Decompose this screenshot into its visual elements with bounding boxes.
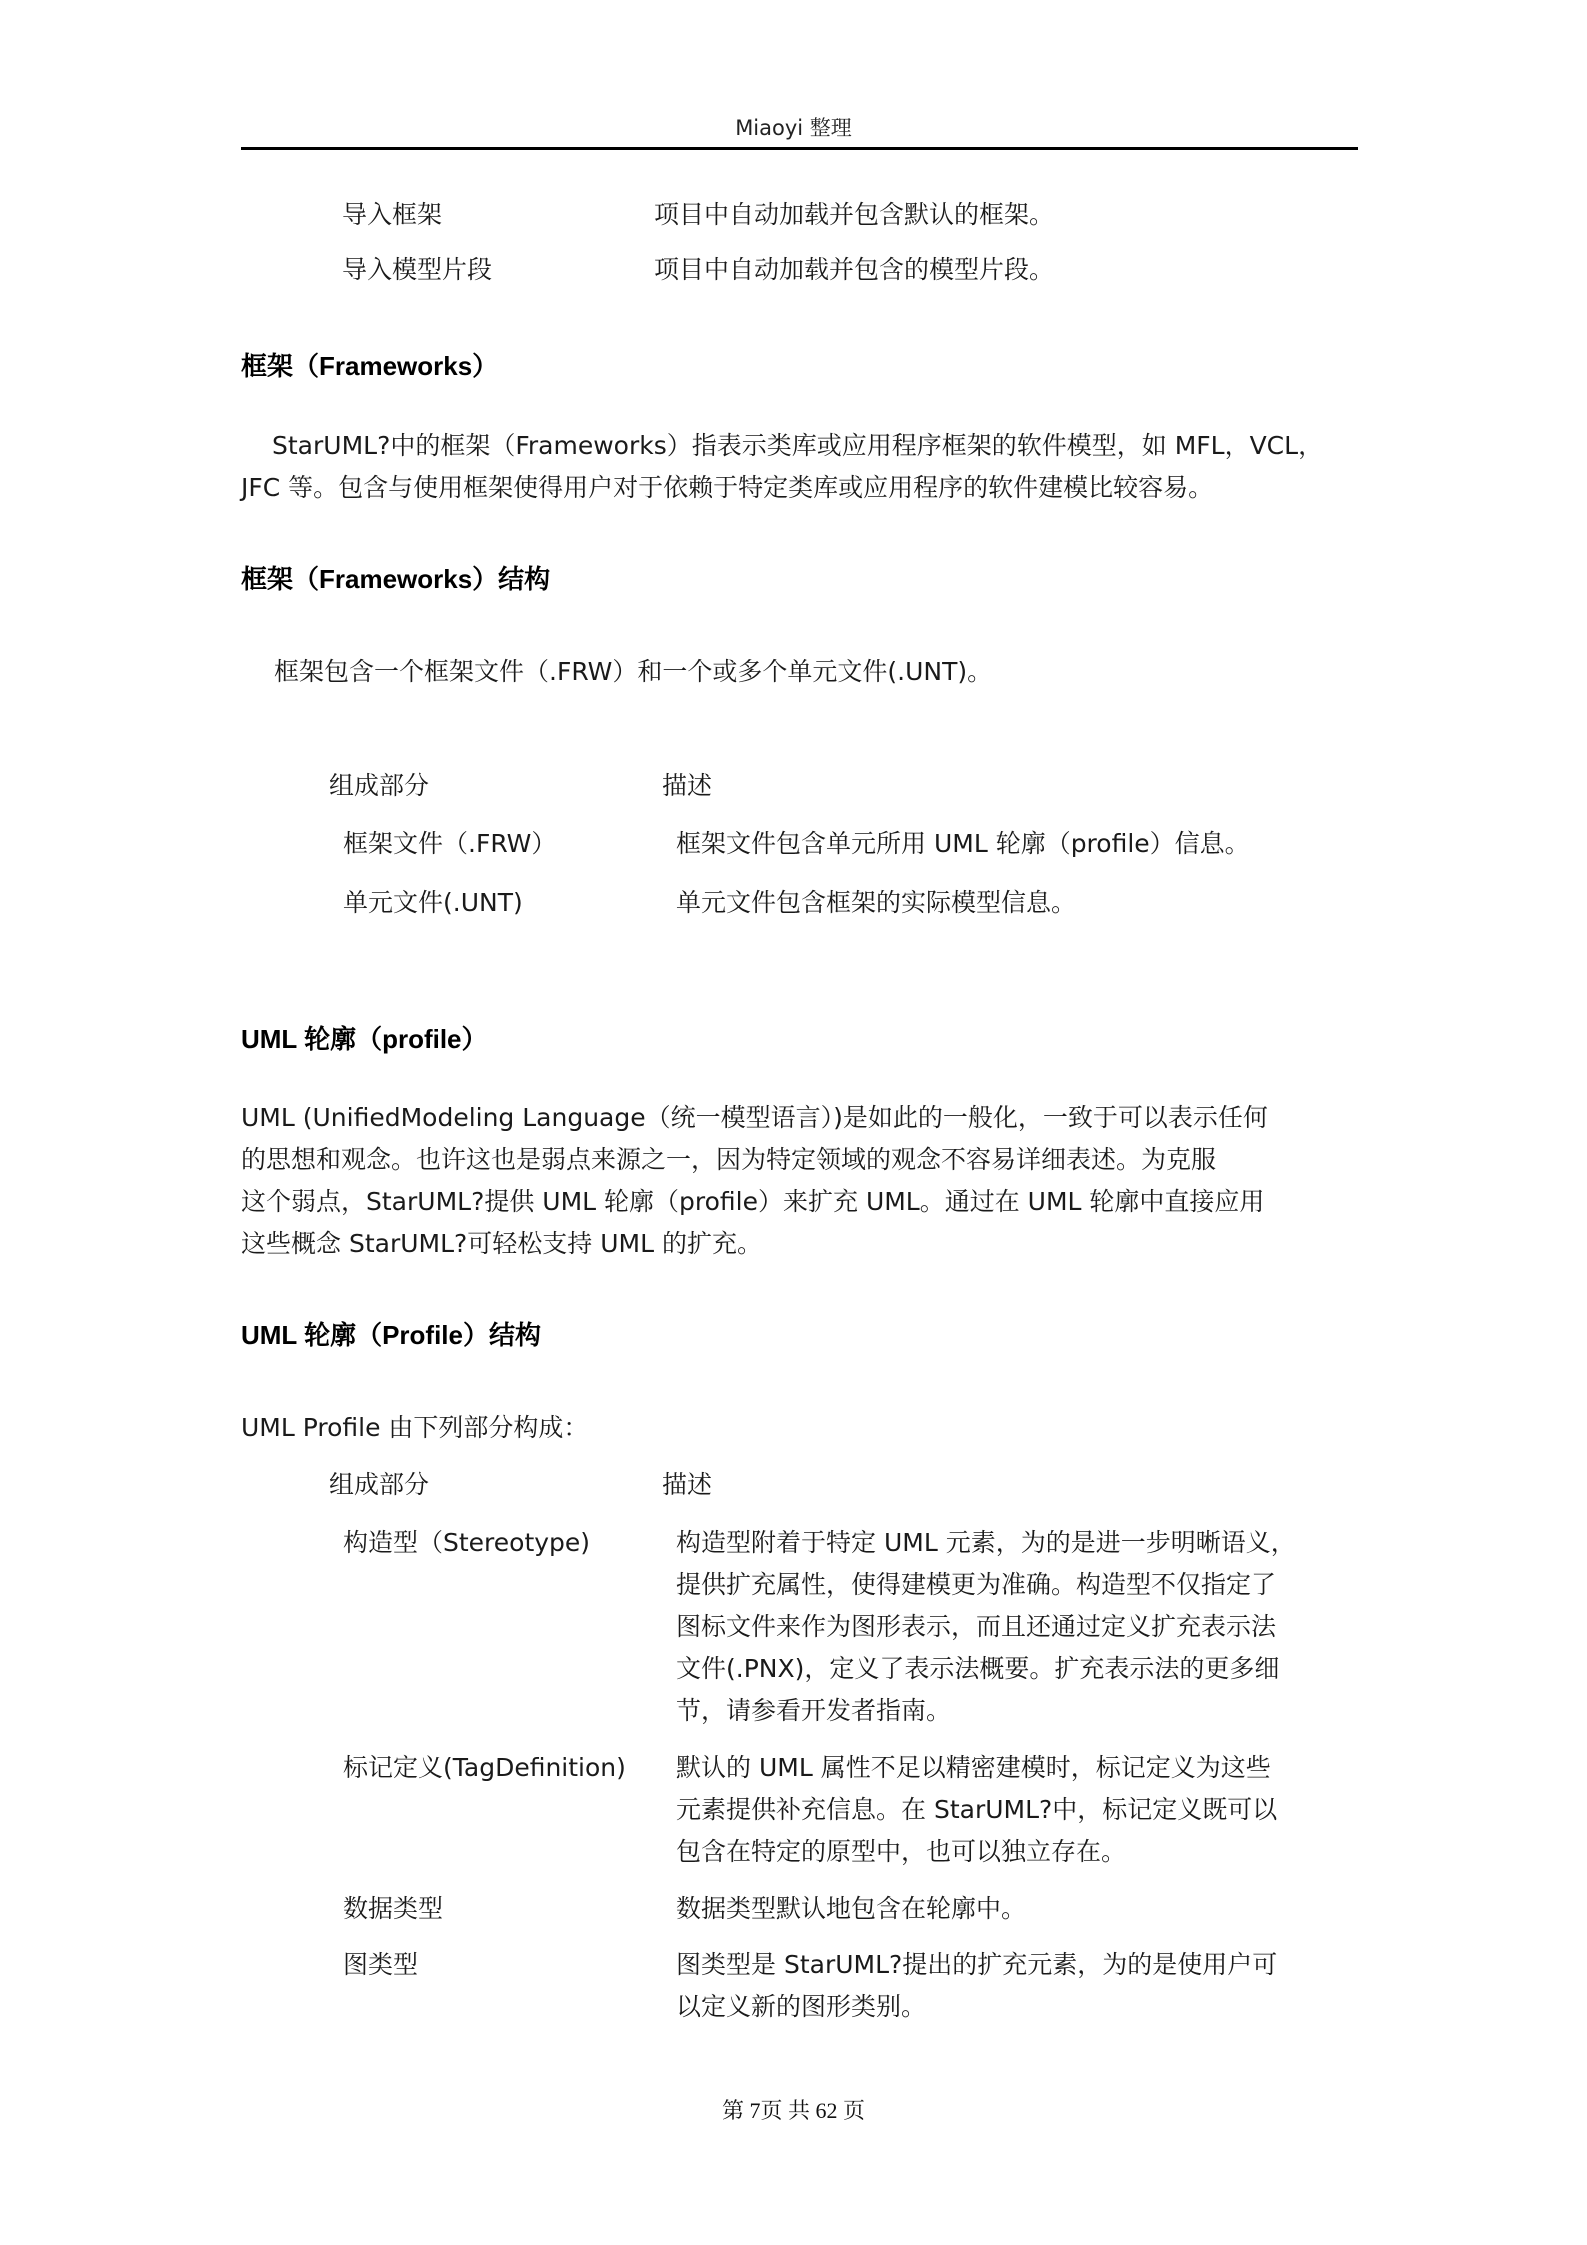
table-cell-desc-line: 构造型附着于特定 UML 元素，为的是进一步明晰语义， xyxy=(676,1530,1296,1555)
table-cell-desc-line: 数据类型默认地包含在轮廓中。 xyxy=(676,1896,1026,1921)
paragraph-line: 这些概念 StarUML?可轻松支持 UML 的扩充。 xyxy=(241,1231,762,1256)
paragraph-line: 这个弱点，StarUML?提供 UML 轮廓（profile）来扩充 UML。通… xyxy=(241,1189,1264,1214)
page-header-title: Miaoyi 整理 xyxy=(0,118,1587,139)
import-row-label: 导入框架 xyxy=(342,202,442,227)
paragraph-line: 的思想和观念。也许这也是弱点来源之一，因为特定领域的观念不容易详细表述。为克服 xyxy=(241,1147,1216,1172)
table-cell-desc-line: 文件(.PNX)，定义了表示法概要。扩充表示法的更多细 xyxy=(676,1656,1279,1681)
table-header-part: 组成部分 xyxy=(329,773,429,798)
import-row-desc: 项目中自动加载并包含的模型片段。 xyxy=(654,257,1054,282)
paragraph-line: UML Profile 由下列部分构成： xyxy=(241,1415,588,1440)
table-header-desc: 描述 xyxy=(662,773,712,798)
table-cell-part: 单元文件(.UNT) xyxy=(343,890,523,915)
table-cell-part: 标记定义(TagDefinition) xyxy=(343,1755,626,1780)
table-cell-desc-line: 以定义新的图形类别。 xyxy=(676,1994,926,2019)
table-cell-desc-line: 图类型是 StarUML?提出的扩充元素，为的是使用户可 xyxy=(676,1952,1277,1977)
table-header-desc: 描述 xyxy=(662,1472,712,1497)
table-cell-part: 数据类型 xyxy=(343,1896,443,1921)
table-header-part: 组成部分 xyxy=(329,1472,429,1497)
import-row-desc: 项目中自动加载并包含默认的框架。 xyxy=(654,202,1054,227)
import-row-label: 导入模型片段 xyxy=(342,257,492,282)
paragraph-line: JFC 等。包含与使用框架使得用户对于依赖于特定类库或应用程序的软件建模比较容易… xyxy=(241,475,1213,500)
paragraph-line: 框架包含一个框架文件（.FRW）和一个或多个单元文件(.UNT)。 xyxy=(274,659,992,684)
page-footer-number: 第 7页 共 62 页 xyxy=(0,2100,1587,2122)
table-cell-desc-line: 节，请参看开发者指南。 xyxy=(676,1698,951,1723)
table-cell-part: 框架文件（.FRW） xyxy=(343,831,556,856)
paragraph-line: UML (UnifiedModeling Language（统一模型语言）)是如… xyxy=(241,1105,1268,1130)
table-cell-desc: 单元文件包含框架的实际模型信息。 xyxy=(676,890,1076,915)
table-cell-desc-line: 元素提供补充信息。在 StarUML?中，标记定义既可以 xyxy=(676,1797,1277,1822)
table-cell-desc-line: 包含在特定的原型中，也可以独立存在。 xyxy=(676,1839,1126,1864)
section-heading-frameworks: 框架（Frameworks） xyxy=(241,353,498,379)
section-heading-frameworks-structure: 框架（Frameworks）结构 xyxy=(241,566,550,592)
table-cell-desc-line: 默认的 UML 属性不足以精密建模时，标记定义为这些 xyxy=(676,1755,1271,1780)
section-heading-uml-profile-structure: UML 轮廓（Profile）结构 xyxy=(241,1322,541,1348)
table-cell-part: 构造型（Stereotype) xyxy=(343,1530,590,1555)
table-cell-desc: 框架文件包含单元所用 UML 轮廓（profile）信息。 xyxy=(676,831,1250,856)
table-cell-desc-line: 图标文件来作为图形表示，而且还通过定义扩充表示法 xyxy=(676,1614,1276,1639)
section-heading-uml-profile: UML 轮廓（profile） xyxy=(241,1026,488,1052)
table-cell-part: 图类型 xyxy=(343,1952,418,1977)
paragraph-line: StarUML?中的框架（Frameworks）指表示类库或应用程序框架的软件模… xyxy=(272,433,1323,458)
table-cell-desc-line: 提供扩充属性，使得建模更为准确。构造型不仅指定了 xyxy=(676,1572,1276,1597)
header-rule xyxy=(241,147,1358,150)
